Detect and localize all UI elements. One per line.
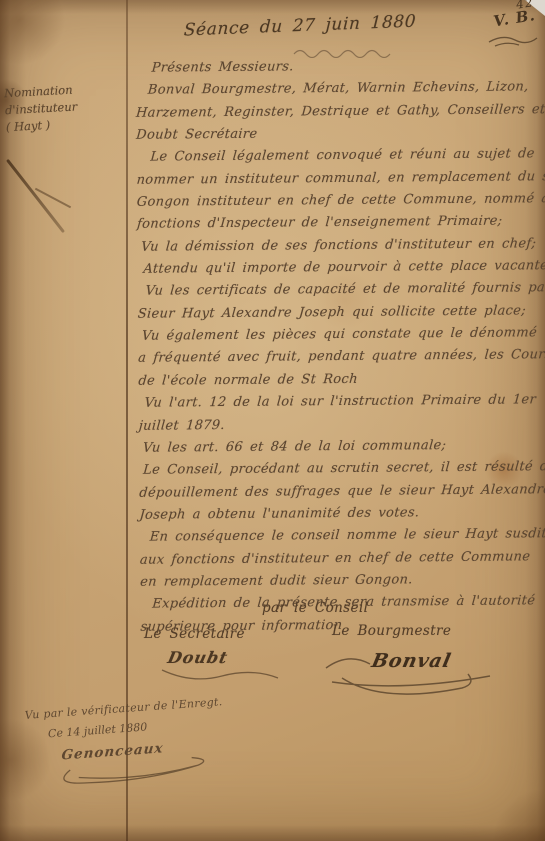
body-line: Vu l'art. 12 de la loi sur l'instruction… [144, 389, 540, 415]
body-line: Le Conseil légalement convoqué et réuni … [149, 144, 537, 170]
signature-flourish-icon [160, 664, 280, 682]
body-line: Bonval Bourgmestre, Mérat, Warnin Echevi… [147, 77, 537, 103]
body-line: juillet 1879. [138, 412, 540, 438]
body-line: fonctions d'Inspecteur de l'enseignement… [136, 211, 538, 237]
minutes-body: Présents Messieurs. Bonval Bourgmestre, … [135, 54, 540, 638]
secretary-title: Le Secrétaire [144, 626, 245, 642]
manuscript-page: Séance du 27 juin 1880 42 V. B. Nominati… [0, 0, 545, 841]
page-title: Séance du 27 juin 1880 [150, 10, 451, 42]
page-number-block: 42 V. B. [469, 0, 536, 33]
body-line: a fréquenté avec fruit, pendant quatre a… [137, 345, 539, 371]
mayor-title: Le Bourgmestre [332, 623, 451, 639]
margin-note: Nomination d'instituteur ( Hayt ) [4, 79, 129, 136]
body-line: En conséquence le conseil nomme le sieur… [149, 523, 541, 549]
closing-by-council: par le Conseil [262, 600, 368, 616]
body-line: dépouillement des suffrages que le sieur… [138, 479, 540, 505]
body-line: Vu les certificats de capacité et de mor… [145, 278, 539, 304]
ink-stroke [6, 159, 65, 233]
body-line: Le Conseil, procédant au scrutin secret,… [142, 456, 540, 482]
paraph-swash-icon [487, 34, 539, 48]
verification-date: Ce 14 juillet 1880 [48, 715, 225, 740]
signature-flourish-icon [322, 648, 502, 700]
